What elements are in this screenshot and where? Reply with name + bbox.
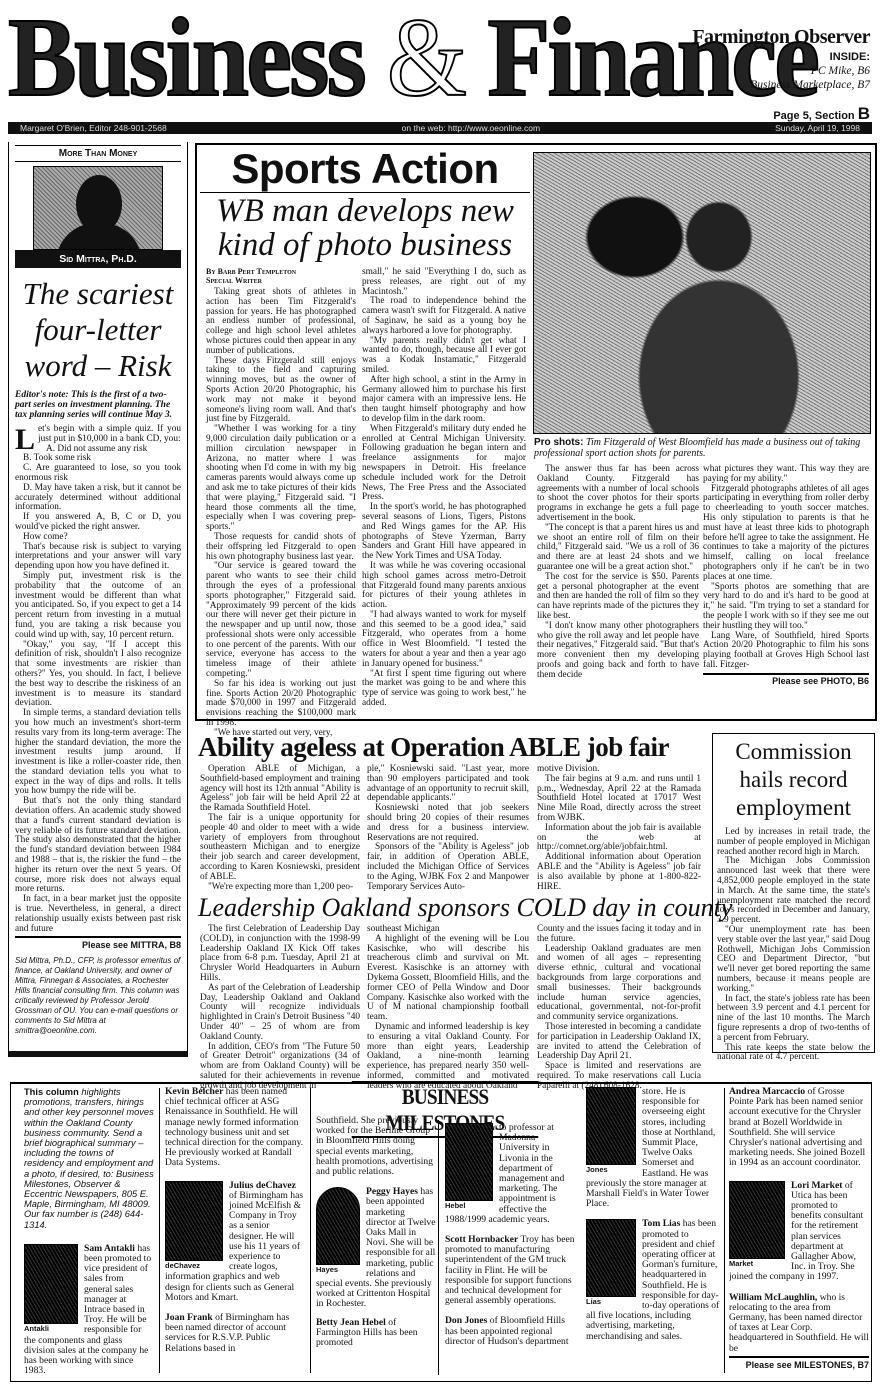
author-name: Sid Mittra, Ph.D. [15, 250, 181, 268]
milestones-intro: This column highlights promotions, trans… [24, 1087, 154, 1230]
able-col-2: ple," Kosniewski said. "Last year, more … [367, 765, 529, 892]
milestones-col-5: Jones store. He is responsible for overs… [586, 1087, 720, 1342]
column-divider [159, 1088, 160, 1373]
milestones-col-6: Andrea Marcaccio of Grosse Pointe Park h… [729, 1087, 869, 1370]
cold-col-1: The first Celebration of Leadership Day … [200, 925, 360, 1092]
web-address: on the web: http://www.oeonline.com [402, 122, 540, 134]
jump-line: Please see PHOTO, B6 [703, 673, 869, 687]
milestone-lias: Lias Tom Lias has been promoted to presi… [586, 1219, 720, 1341]
milestone-hebel-cont: Hebel to professor at Madonna University… [445, 1123, 575, 1225]
masthead-ampersand: & [387, 0, 464, 120]
sports-col-2: small," he said "Everything I do, such a… [362, 268, 526, 709]
cold-col-3: County and the issues facing it today an… [537, 925, 701, 1092]
hayes-photo [316, 1187, 360, 1265]
milestone-hornbacker: Scott Hornbacker Troy has been promoted … [445, 1235, 575, 1306]
jones-photo [586, 1087, 636, 1165]
milestone-hayes: Hayes Peggy Hayes has been appointed mar… [316, 1187, 436, 1309]
milestone-dechavez: deChavez Julius deChavez of Birmingham h… [165, 1181, 305, 1303]
section-letter: B [858, 104, 870, 123]
dechavez-photo [165, 1181, 223, 1261]
inside-index: INSIDE: PC Mike, B6 Business Marketplace… [750, 50, 870, 92]
photo-caption: Pro shots: Tim Fitzgerald of West Bloomf… [534, 437, 868, 459]
cold-headline: Leadership Oakland sponsors COLD day in … [198, 893, 732, 923]
story-headline: WB man develops new kind of photo busine… [200, 194, 530, 262]
jump-line: Please see MITTRA, B8 [15, 936, 181, 950]
column-more-than-money: More Than Money Sid Mittra, Ph.D. The sc… [8, 142, 188, 1057]
sports-col-1: Taking great shots of athletes in action… [206, 288, 356, 739]
milestones-col-4: Hebel to professor at Madonna University… [445, 1123, 575, 1347]
milestones-col-1: This column highlights promotions, trans… [24, 1087, 154, 1376]
commission-headline: Commission hails record employment [717, 738, 870, 822]
hebel-photo [445, 1123, 493, 1201]
milestone-antakli: Antakli Sam Antakli has been promoted to… [24, 1244, 154, 1377]
column-divider [438, 1120, 439, 1375]
issue-date: Sunday, April 19, 1998 [775, 122, 860, 134]
jump-line: Please see MILESTONES, B7 [729, 1356, 869, 1370]
lias-photo [586, 1219, 636, 1297]
milestone-marcaccio: Andrea Marcaccio of Grosse Pointe Park h… [729, 1087, 869, 1169]
inside-item: Business Marketplace, B7 [750, 78, 870, 92]
milestones-col-2: Kevin Belcher has been named chief techn… [165, 1087, 305, 1354]
story-byline: By Barb Pert TempletonSpecial Writer [206, 267, 296, 285]
column-body: Let's begin with a simple quiz. If you j… [15, 425, 181, 934]
market-photo [729, 1181, 785, 1259]
column-divider [724, 1088, 725, 1373]
milestone-hebel: Betty Jean Hebel of Farmington Hills has… [316, 1318, 436, 1349]
page-number: Page 5, Section [773, 110, 854, 122]
story-kicker: Sports Action [200, 146, 530, 193]
column-bottom-rule [9, 1051, 187, 1057]
masthead-word-business: Business [8, 0, 364, 120]
author-bio: Sid Mittra, Ph.D., CFP, is professor eme… [15, 956, 181, 1036]
milestone-mclaughlin: William McLaughlin, who is relocating to… [729, 1293, 869, 1354]
page-section: Page 5, Section B [773, 104, 870, 124]
commission-body: Led by increases in retail trade, the nu… [717, 828, 870, 1063]
able-col-3: motive Division.The fair begins at 9 a.m… [537, 765, 701, 892]
antakli-photo [24, 1244, 78, 1324]
milestone-market: Market Lori Market of Utica has been pro… [729, 1181, 869, 1283]
cold-col-2: southeast MichiganA highlight of the eve… [367, 925, 529, 1092]
milestone-jones-cont: Jones store. He is responsible for overs… [586, 1087, 720, 1209]
commission-story: Commission hails record employment Led b… [712, 733, 875, 1053]
column-headline: The scariest four-letter word – Risk [15, 276, 181, 384]
milestones-col-3: Southfield. She previously worked for th… [316, 1116, 436, 1348]
fitzgerald-photo [533, 152, 871, 434]
editor-contact: Margaret O'Brien, Editor 248-901-2568 [20, 122, 167, 134]
milestone-frank: Joan Frank of Birmingham has been named … [165, 1313, 305, 1354]
section-masthead: Business & Finance [8, 8, 707, 108]
column-divider [310, 1088, 311, 1373]
drop-cap: L [15, 427, 35, 453]
milestone-belcher: Kevin Belcher has been named chief techn… [165, 1087, 305, 1169]
able-col-1: Operation ABLE of Michigan, a Southfield… [200, 765, 360, 892]
inside-label: INSIDE: [750, 50, 870, 64]
able-headline: Ability ageless at Operation ABLE job fa… [198, 732, 669, 763]
newspaper-name: Farmington Observer [692, 26, 870, 49]
author-photo [33, 166, 163, 250]
milestone-jones: Don Jones of Bloomfield Hills has been a… [445, 1316, 575, 1347]
inside-item: PC Mike, B6 [750, 64, 870, 78]
editors-note: Editor's note: This is the first of a tw… [15, 390, 181, 420]
sports-col-3: The answer thus far has been across Oakl… [537, 465, 699, 681]
column-label: More Than Money [15, 145, 181, 162]
masthead-info-bar: Margaret O'Brien, Editor 248-901-2568 on… [8, 122, 872, 134]
sports-col-4: what pictures they want. This way they a… [703, 465, 869, 687]
